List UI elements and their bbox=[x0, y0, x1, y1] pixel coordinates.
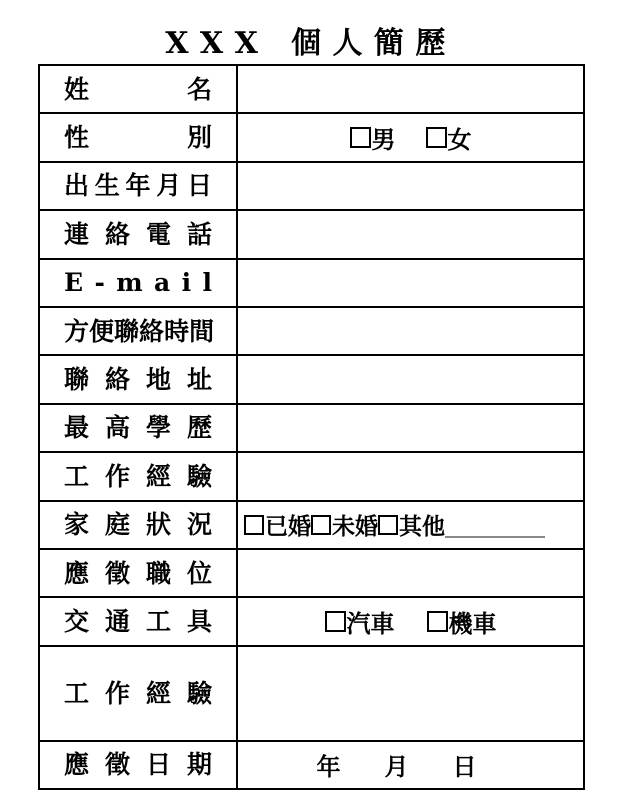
education-label: 最高學歷 bbox=[64, 415, 212, 440]
table-row-apply-date: 應徵日期 年 月 日 bbox=[40, 742, 583, 788]
married-label: 已婚 bbox=[265, 508, 311, 541]
transportation-field: 汽車 機車 bbox=[238, 598, 583, 644]
other-fill-line[interactable] bbox=[445, 516, 545, 538]
male-checkbox[interactable] bbox=[350, 127, 371, 148]
birthdate-field[interactable] bbox=[238, 163, 583, 209]
resume-table: 姓名 性別 男 女 bbox=[38, 64, 585, 790]
family-option-other: 其他 bbox=[378, 508, 545, 541]
name-label: 姓名 bbox=[64, 77, 212, 102]
address-field[interactable] bbox=[238, 356, 583, 402]
apply-date-field[interactable]: 年 月 日 bbox=[238, 742, 583, 788]
email-label-cell: E-mail bbox=[40, 260, 238, 306]
table-row-email: E-mail bbox=[40, 260, 583, 308]
table-row-position: 應徵職位 bbox=[40, 550, 583, 598]
transport-option-car: 汽車 bbox=[325, 604, 395, 639]
table-row-education: 最高學歷 bbox=[40, 405, 583, 453]
transportation-options: 汽車 機車 bbox=[325, 604, 497, 639]
address-label-cell: 聯絡地址 bbox=[40, 356, 238, 402]
table-row-gender: 性別 男 女 bbox=[40, 114, 583, 162]
table-row-work-experience-detail: 工作經驗 bbox=[40, 647, 583, 742]
work-experience-detail-label-cell: 工作經驗 bbox=[40, 647, 238, 740]
contact-time-label: 方便聯絡時間 bbox=[64, 319, 214, 344]
position-field[interactable] bbox=[238, 550, 583, 596]
table-row-contact-time: 方便聯絡時間 bbox=[40, 308, 583, 356]
female-label: 女 bbox=[448, 120, 472, 155]
work-experience-detail-field[interactable] bbox=[238, 647, 583, 740]
male-label: 男 bbox=[372, 120, 396, 155]
phone-field[interactable] bbox=[238, 211, 583, 257]
work-experience-detail-label: 工作經驗 bbox=[64, 681, 212, 706]
gender-option-female: 女 bbox=[426, 120, 472, 155]
phone-label: 連絡電話 bbox=[64, 222, 212, 247]
table-row-name: 姓名 bbox=[40, 66, 583, 114]
transportation-label-cell: 交通工具 bbox=[40, 598, 238, 644]
day-unit-label: 日 bbox=[453, 747, 477, 782]
other-checkbox[interactable] bbox=[378, 515, 398, 535]
family-option-married: 已婚 bbox=[244, 508, 311, 541]
transportation-label: 交通工具 bbox=[64, 609, 212, 634]
apply-date-label-cell: 應徵日期 bbox=[40, 742, 238, 788]
education-field[interactable] bbox=[238, 405, 583, 451]
gender-options: 男 女 bbox=[350, 120, 472, 155]
phone-label-cell: 連絡電話 bbox=[40, 211, 238, 257]
single-label: 未婚 bbox=[332, 508, 378, 541]
scooter-checkbox[interactable] bbox=[427, 611, 448, 632]
table-row-family-status: 家庭狀況 已婚 未婚 其他 bbox=[40, 502, 583, 550]
table-row-address: 聯絡地址 bbox=[40, 356, 583, 404]
car-label: 汽車 bbox=[347, 604, 395, 639]
position-label: 應徵職位 bbox=[64, 561, 212, 586]
family-status-label-cell: 家庭狀況 bbox=[40, 502, 238, 548]
year-unit-label: 年 bbox=[317, 747, 341, 782]
family-status-field: 已婚 未婚 其他 bbox=[238, 502, 583, 548]
car-checkbox[interactable] bbox=[325, 611, 346, 632]
contact-time-field[interactable] bbox=[238, 308, 583, 354]
family-status-label: 家庭狀況 bbox=[64, 512, 212, 537]
table-row-transportation: 交通工具 汽車 機車 bbox=[40, 598, 583, 646]
page-title: XXX 個人簡歷 bbox=[0, 18, 622, 62]
email-label: E-mail bbox=[64, 270, 212, 295]
gender-option-male: 男 bbox=[350, 120, 396, 155]
position-label-cell: 應徵職位 bbox=[40, 550, 238, 596]
gender-label-cell: 性別 bbox=[40, 114, 238, 160]
birthdate-label: 出生年月日 bbox=[64, 173, 212, 198]
female-checkbox[interactable] bbox=[426, 127, 447, 148]
other-label: 其他 bbox=[399, 508, 445, 541]
scooter-label: 機車 bbox=[449, 604, 497, 639]
resume-form-page: XXX 個人簡歷 姓名 性別 男 女 bbox=[0, 0, 622, 812]
apply-date-label: 應徵日期 bbox=[64, 752, 212, 777]
single-checkbox[interactable] bbox=[311, 515, 331, 535]
apply-date-units: 年 月 日 bbox=[317, 747, 477, 782]
email-field[interactable] bbox=[238, 260, 583, 306]
name-field[interactable] bbox=[238, 66, 583, 112]
month-unit-label: 月 bbox=[385, 747, 409, 782]
name-label-cell: 姓名 bbox=[40, 66, 238, 112]
table-row-work-experience: 工作經驗 bbox=[40, 453, 583, 501]
contact-time-label-cell: 方便聯絡時間 bbox=[40, 308, 238, 354]
education-label-cell: 最高學歷 bbox=[40, 405, 238, 451]
work-experience-field[interactable] bbox=[238, 453, 583, 499]
address-label: 聯絡地址 bbox=[64, 367, 212, 392]
gender-label: 性別 bbox=[64, 125, 212, 150]
family-option-single: 未婚 bbox=[311, 508, 378, 541]
table-row-birthdate: 出生年月日 bbox=[40, 163, 583, 211]
family-status-options: 已婚 未婚 其他 bbox=[244, 508, 545, 541]
transport-option-scooter: 機車 bbox=[427, 604, 497, 639]
married-checkbox[interactable] bbox=[244, 515, 264, 535]
table-row-phone: 連絡電話 bbox=[40, 211, 583, 259]
birthdate-label-cell: 出生年月日 bbox=[40, 163, 238, 209]
work-experience-label-cell: 工作經驗 bbox=[40, 453, 238, 499]
work-experience-label: 工作經驗 bbox=[64, 464, 212, 489]
gender-field: 男 女 bbox=[238, 114, 583, 160]
